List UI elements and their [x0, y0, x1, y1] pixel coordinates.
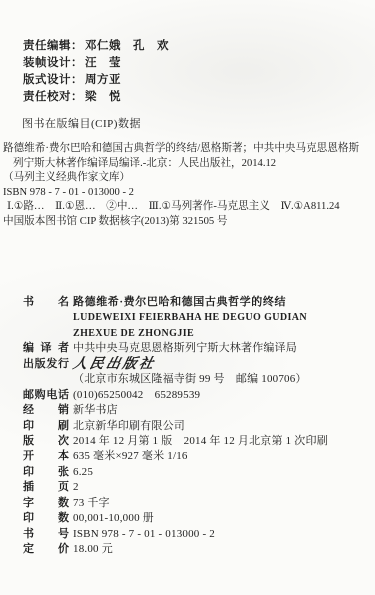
staff-row-layout-design: 版式设计：周方亚	[23, 72, 169, 89]
cip-line-publisher: 列宁斯大林著作编译局编译.-北京：人民出版社，2014.12	[3, 157, 375, 172]
cip-line-series: （马列主义经典作家文库）	[3, 171, 375, 186]
staff-value: 邓仁娥 孔 欢	[85, 40, 169, 52]
colophon-row-printer: 印刷 北京新华印刷有限公司	[23, 419, 372, 434]
cip-line-classification: Ⅰ.①路… Ⅱ.①恩… ②中… Ⅲ.①马列著作-马克思主义 Ⅳ.①A811.24	[3, 200, 375, 215]
colophon-row-mail-order-phone: 邮购电话 (010)65250042 65289539	[23, 388, 372, 403]
book-title: 路德维希·费尔巴哈和德国古典哲学的终结	[73, 295, 286, 310]
staff-label: 装帧设计：	[23, 57, 83, 69]
staff-value: 梁 悦	[85, 91, 121, 103]
colophon-row-translator: 编译者 中共中央马克思恩格斯列宁斯大林著作编译局	[23, 341, 372, 356]
colophon-row-price: 定价 18.00 元	[23, 542, 372, 557]
colophon-row-inserts: 插页 2	[23, 480, 372, 495]
field-label: 印张	[23, 465, 69, 480]
field-label: 邮购电话	[23, 388, 69, 403]
word-count-value: 73 千字	[73, 496, 110, 511]
field-label: 开本	[23, 449, 69, 464]
price-value: 18.00 元	[73, 542, 113, 557]
field-label: 经销	[23, 403, 69, 418]
book-copyright-page: 责任编辑：邓仁娥 孔 欢 装帧设计：汪 莹 版式设计：周方亚 责任校对：梁 悦 …	[0, 0, 375, 595]
cip-data-block: 图书在版编目(CIP)数据 路德维希·费尔巴哈和德国古典哲学的终结/恩格斯著；中…	[3, 117, 375, 229]
cip-line-title-author: 路德维希·费尔巴哈和德国古典哲学的终结/恩格斯著；中共中央马克思恩格斯	[3, 142, 375, 157]
staff-value: 汪 莹	[85, 57, 121, 69]
printer-value: 北京新华印刷有限公司	[73, 419, 185, 434]
staff-row-proofreader: 责任校对：梁 悦	[23, 89, 169, 106]
field-label: 印刷	[23, 419, 69, 434]
staff-value: 周方亚	[85, 74, 121, 86]
field-label: 定价	[23, 542, 69, 557]
inserts-value: 2	[73, 480, 79, 495]
phone-numbers: (010)65250042 65289539	[73, 388, 200, 403]
edition-value: 2014 年 12 月第 1 版 2014 年 12 月北京第 1 次印刷	[73, 434, 328, 449]
field-label: 出版发行	[23, 357, 69, 372]
field-label	[23, 372, 69, 387]
cip-heading: 图书在版编目(CIP)数据	[22, 117, 375, 132]
book-title-pinyin: ZHEXUE DE ZHONGJIE	[73, 326, 194, 341]
colophon-row-book-title: 书名 路德维希·费尔巴哈和德国古典哲学的终结	[23, 295, 372, 310]
colophon-row-pinyin-1: LUDEWEIXI FEIERBAHA HE DEGUO GUDIAN	[23, 310, 372, 325]
field-label	[23, 310, 69, 325]
distributor-value: 新华书店	[73, 403, 118, 418]
format-value: 635 毫米×927 毫米 1/16	[73, 449, 188, 464]
field-label: 字数	[23, 496, 69, 511]
staff-row-binding-design: 装帧设计：汪 莹	[23, 55, 169, 72]
staff-label: 版式设计：	[23, 74, 83, 86]
isbn-value: ISBN 978 - 7 - 01 - 013000 - 2	[73, 527, 215, 542]
book-title-pinyin: LUDEWEIXI FEIERBAHA HE DEGUO GUDIAN	[73, 310, 307, 325]
colophon-row-pinyin-2: ZHEXUE DE ZHONGJIE	[23, 326, 372, 341]
publisher-address: （北京市东城区隆福寺街 99 号 邮编 100706）	[73, 372, 307, 387]
colophon-row-edition: 版次 2014 年 12 月第 1 版 2014 年 12 月北京第 1 次印刷	[23, 434, 372, 449]
field-label	[23, 326, 69, 341]
field-label: 编译者	[23, 341, 69, 356]
colophon-row-format: 开本 635 毫米×927 毫米 1/16	[23, 449, 372, 464]
colophon-row-printed-sheets: 印张 6.25	[23, 465, 372, 480]
colophon-row-word-count: 字数 73 千字	[23, 496, 372, 511]
field-label: 版次	[23, 434, 69, 449]
staff-label: 责任校对：	[23, 91, 83, 103]
colophon-row-publisher: 出版发行 人民出版社	[23, 357, 372, 372]
translator-value: 中共中央马克思恩格斯列宁斯大林著作编译局	[73, 341, 297, 356]
print-run-value: 00,001-10,000 册	[73, 511, 154, 526]
publisher-logo: 人民出版社	[71, 357, 157, 372]
staff-row-responsible-editor: 责任编辑：邓仁娥 孔 欢	[23, 38, 169, 55]
colophon-row-isbn: 书号 ISBN 978 - 7 - 01 - 013000 - 2	[23, 527, 372, 542]
field-label: 书号	[23, 527, 69, 542]
colophon-row-publisher-address: （北京市东城区隆福寺街 99 号 邮编 100706）	[23, 372, 372, 387]
cip-line-isbn: ISBN 978 - 7 - 01 - 013000 - 2	[3, 186, 375, 201]
staff-label: 责任编辑：	[23, 40, 83, 52]
field-label: 书名	[23, 295, 69, 310]
cip-line-registration-number: 中国版本图书馆 CIP 数据核字(2013)第 321505 号	[3, 215, 375, 230]
staff-credits-block: 责任编辑：邓仁娥 孔 欢 装帧设计：汪 莹 版式设计：周方亚 责任校对：梁 悦	[23, 38, 169, 106]
colophon-row-distributor: 经销 新华书店	[23, 403, 372, 418]
printed-sheets-value: 6.25	[73, 465, 93, 480]
field-label: 插页	[23, 480, 69, 495]
field-label: 印数	[23, 511, 69, 526]
colophon-row-print-run: 印数 00,001-10,000 册	[23, 511, 372, 526]
colophon-table: 书名 路德维希·费尔巴哈和德国古典哲学的终结 LUDEWEIXI FEIERBA…	[23, 295, 372, 557]
